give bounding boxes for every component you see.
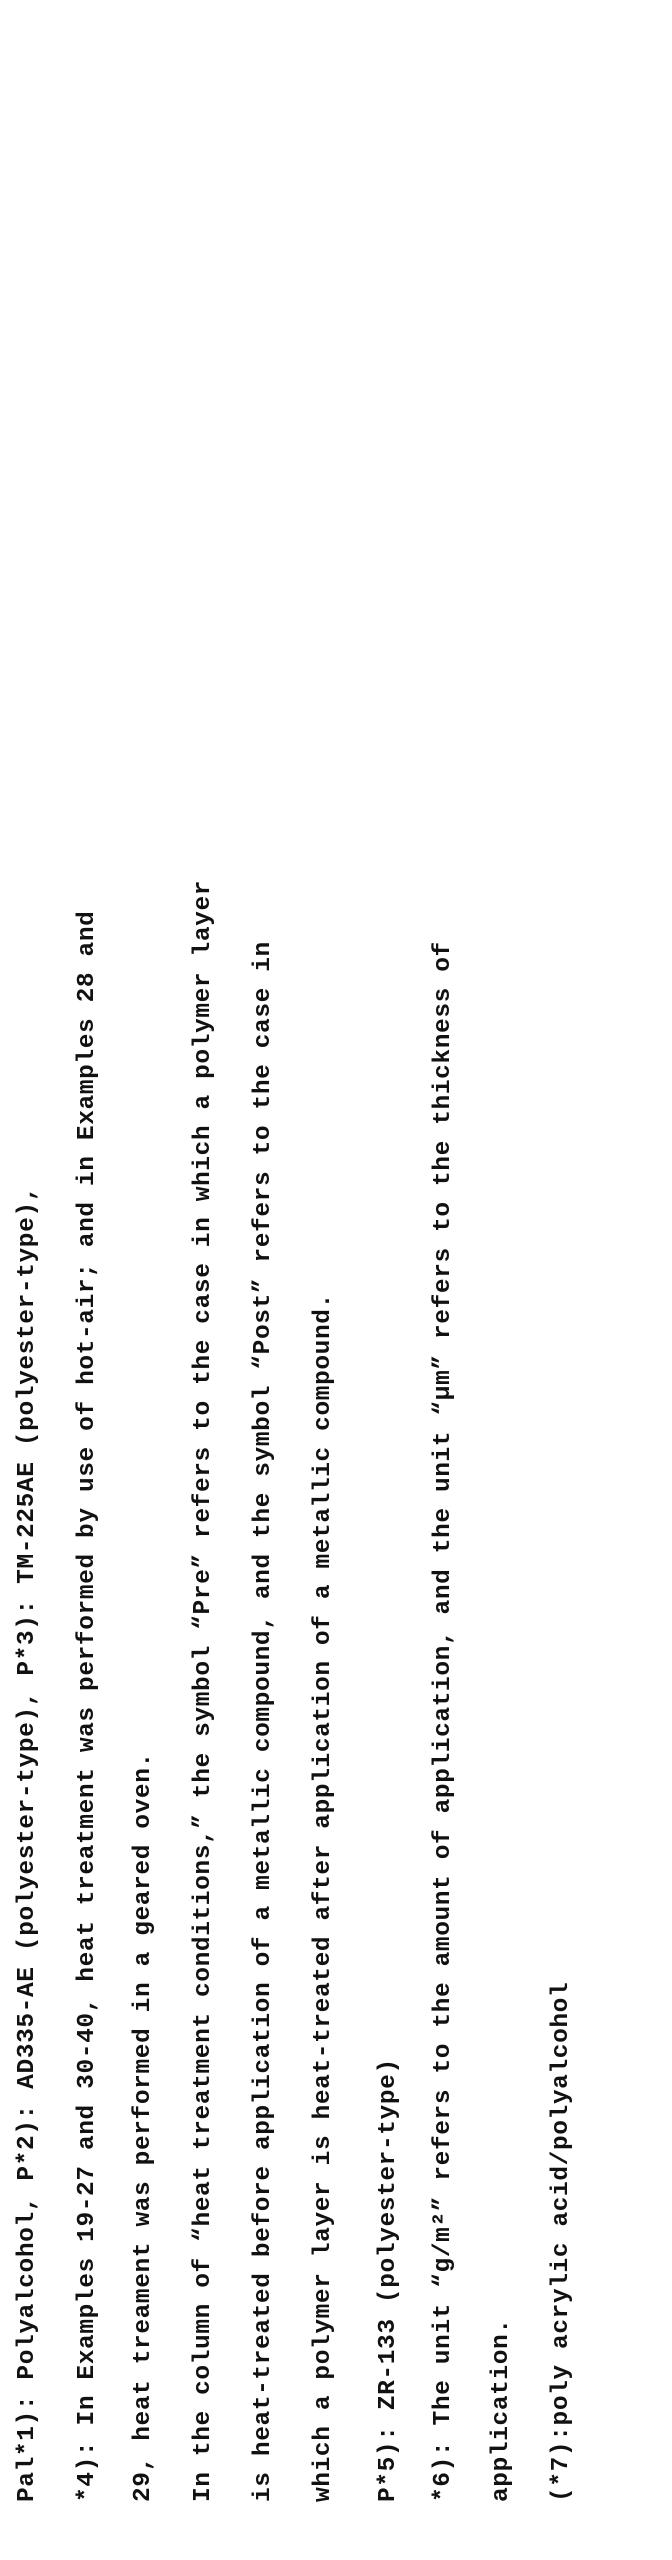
- note-4-line-2: 29, heat treament was performed in a gea…: [130, 1752, 157, 2502]
- rotated-page: Pal*1): Polyalcohol, P*2): AD335-AE (pol…: [0, 0, 672, 2560]
- note-6-line-2: application.: [488, 2318, 515, 2502]
- note-heat-treatment-line-3: which a polymer layer is heat-treated af…: [310, 1293, 337, 2502]
- note-7: (*7):poly acrylic acid/polyalcohol: [548, 1982, 575, 2502]
- note-4-line-1: *4): In Examples 19-27 and 30-40, heat t…: [74, 911, 101, 2502]
- note-heat-treatment-line-2: is heat-treated before application of a …: [250, 941, 277, 2502]
- note-p5: P*5): ZR-133 (polyester-type): [375, 2058, 402, 2502]
- note-p1-p2-p3: Pal*1): Polyalcohol, P*2): AD335-AE (pol…: [14, 1186, 41, 2502]
- note-6-line-1: *6): The unit “g/m²” refers to the amoun…: [430, 941, 457, 2502]
- note-heat-treatment-line-1: In the column of “heat treatment conditi…: [190, 880, 217, 2502]
